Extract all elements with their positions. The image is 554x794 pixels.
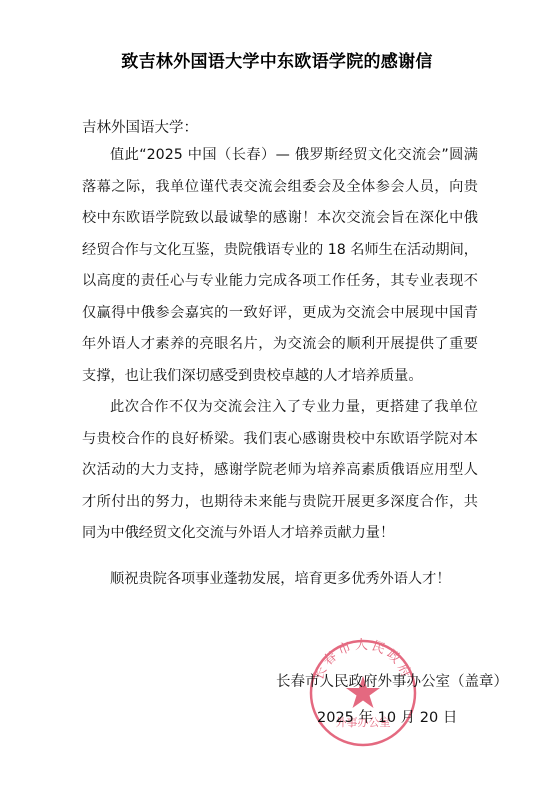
paragraph-3: 顺祝贵院各项事业蓬勃发展，培育更多优秀外语人才！ — [82, 564, 478, 596]
letter-title: 致吉林外国语大学中东欧语学院的感谢信 — [0, 47, 554, 72]
salutation: 吉林外国语大学： — [82, 116, 198, 137]
official-seal-icon: 长春市人民政府 外事办公室 — [308, 638, 418, 748]
sender-signature: 长春市人民政府外事办公室（盖章） — [276, 670, 508, 691]
letter-date: 2025 年 10 月 20 日 — [317, 706, 457, 727]
paragraph-1: 值此“2025 中国（长春）— 俄罗斯经贸文化交流会”圆满落幕之际，我单位谨代表… — [82, 140, 478, 392]
paragraph-2: 此次合作不仅为交流会注入了专业力量，更搭建了我单位与贵校合作的良好桥梁。我们衷心… — [82, 392, 478, 550]
